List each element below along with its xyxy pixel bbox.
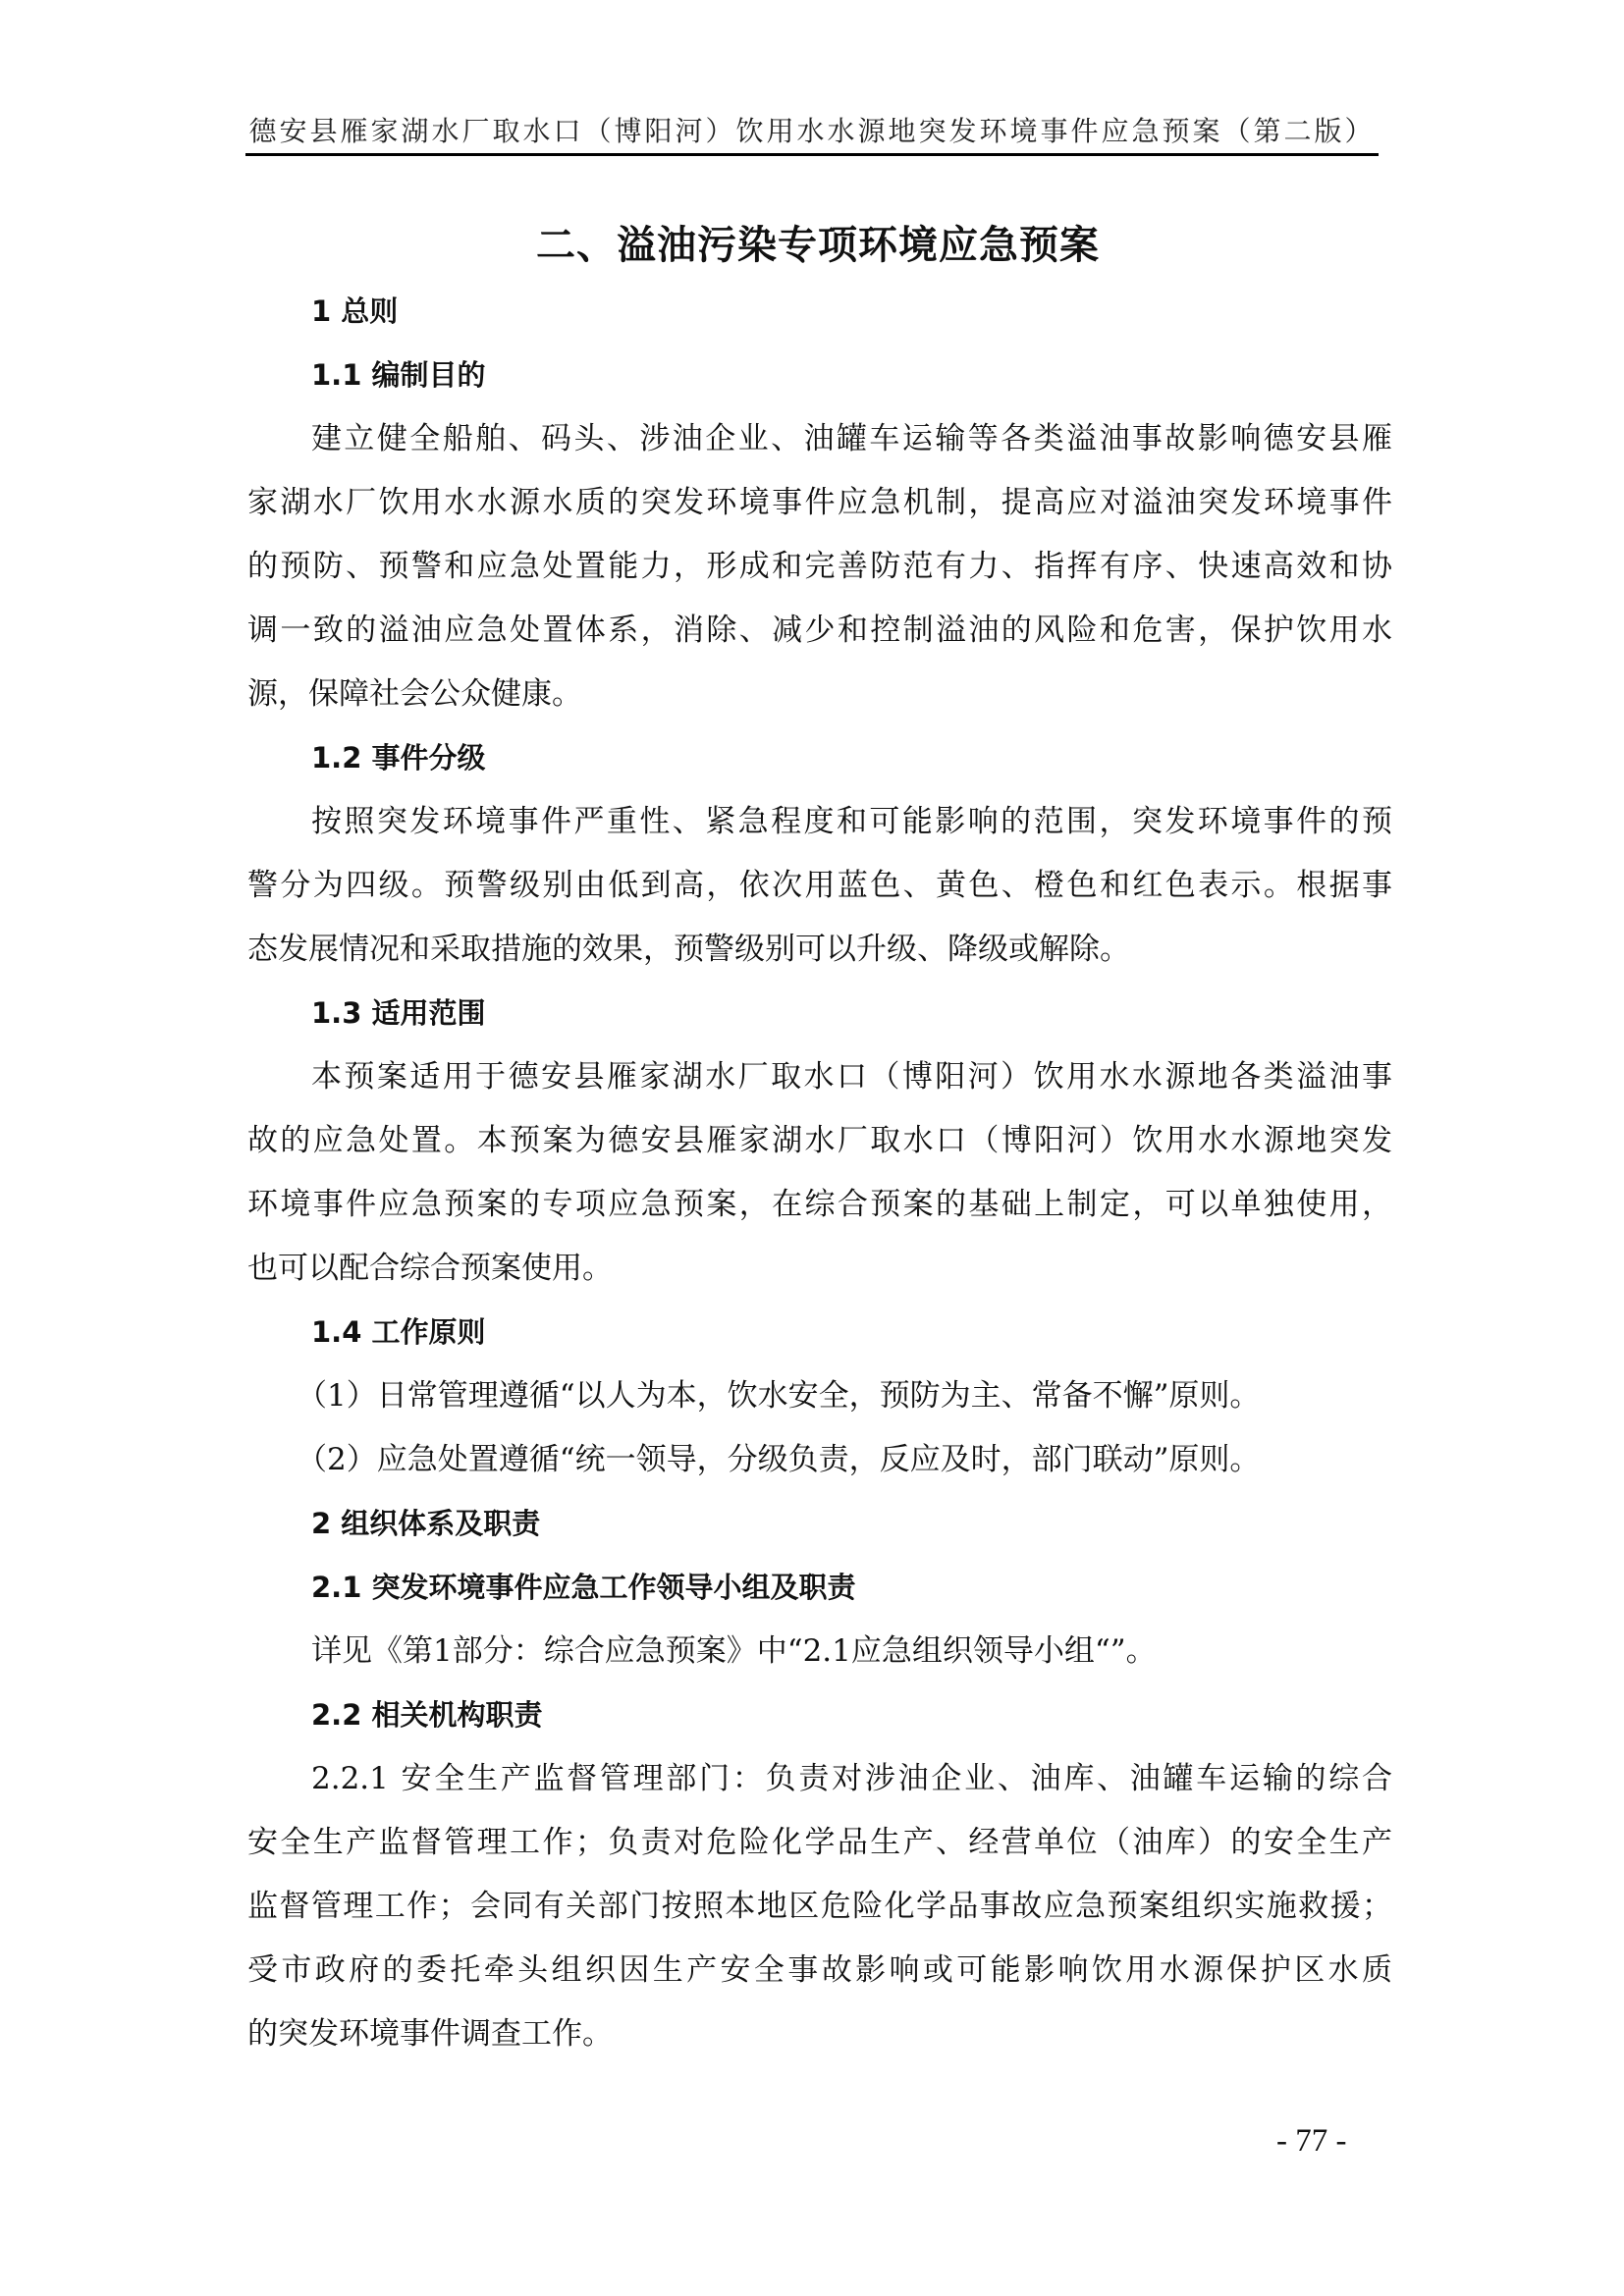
heading-1-3: 1.3 适用范围 <box>247 982 1392 1045</box>
text-line: 也可以配合综合预案使用。 <box>247 1237 1392 1301</box>
principle-item: （1）日常管理遵循“以人为本，饮水安全，预防为主、常备不懈”原则。 <box>247 1364 1392 1428</box>
heading-1-2: 1.2 事件分级 <box>247 726 1392 790</box>
text-line: 建立健全船舶、码头、涉油企业、油罐车运输等各类溢油事故影响德安县雁 <box>247 407 1392 471</box>
text-line: 故的应急处置。本预案为德安县雁家湖水厂取水口（博阳河）饮用水水源地突发 <box>247 1109 1392 1173</box>
text-line: 家湖水厂饮用水水源水质的突发环境事件应急机制，提高应对溢油突发环境事件 <box>247 471 1392 535</box>
text-line: 安全生产监督管理工作；负责对危险化学品生产、经营单位（油库）的安全生产 <box>247 1811 1392 1875</box>
text-line: 源，保障社会公众健康。 <box>247 663 1392 726</box>
paragraph-safety-dept: 2.2.1 安全生产监督管理部门：负责对涉油企业、油库、油罐车运输的综合 安全生… <box>247 1747 1392 2066</box>
heading-2-1: 2.1 突发环境事件应急工作领导小组及职责 <box>247 1556 1392 1620</box>
text-line: 警分为四级。预警级别由低到高，依次用蓝色、黄色、橙色和红色表示。根据事 <box>247 854 1392 918</box>
header-divider <box>245 153 1379 156</box>
text-line: 2.2.1 安全生产监督管理部门：负责对涉油企业、油库、油罐车运输的综合 <box>247 1747 1392 1811</box>
heading-2-2: 2.2 相关机构职责 <box>247 1683 1392 1747</box>
text-line: 环境事件应急预案的专项应急预案，在综合预案的基础上制定，可以单独使用， <box>247 1173 1392 1237</box>
paragraph-leadership-ref: 详见《第1部分：综合应急预案》中“2.1应急组织领导小组“”。 <box>247 1620 1392 1683</box>
text-line: 态发展情况和采取措施的效果，预警级别可以升级、降级或解除。 <box>247 918 1392 982</box>
document-body: 1 总则 1.1 编制目的 建立健全船舶、码头、涉油企业、油罐车运输等各类溢油事… <box>247 280 1392 2066</box>
text-line: 的预防、预警和应急处置能力，形成和完善防范有力、指挥有序、快速高效和协 <box>247 535 1392 599</box>
text-line: 本预案适用于德安县雁家湖水厂取水口（博阳河）饮用水水源地各类溢油事 <box>247 1045 1392 1109</box>
heading-1: 1 总则 <box>247 280 1392 344</box>
heading-1-4: 1.4 工作原则 <box>247 1301 1392 1364</box>
document-title: 二、溢油污染专项环境应急预案 <box>245 214 1390 270</box>
heading-1-1: 1.1 编制目的 <box>247 344 1392 407</box>
paragraph-purpose: 建立健全船舶、码头、涉油企业、油罐车运输等各类溢油事故影响德安县雁 家湖水厂饮用… <box>247 407 1392 726</box>
paragraph-scope: 本预案适用于德安县雁家湖水厂取水口（博阳河）饮用水水源地各类溢油事 故的应急处置… <box>247 1045 1392 1301</box>
principle-item: （2）应急处置遵循“统一领导，分级负责，反应及时，部门联动”原则。 <box>247 1428 1392 1492</box>
text-line: 调一致的溢油应急处置体系，消除、减少和控制溢油的风险和危害，保护饮用水 <box>247 599 1392 663</box>
text-line: 的突发环境事件调查工作。 <box>247 2002 1392 2066</box>
running-header: 德安县雁家湖水厂取水口（博阳河）饮用水水源地突发环境事件应急预案（第二版） <box>245 110 1379 149</box>
page-number: - 77 - <box>1276 2123 1346 2160</box>
text-line: 按照突发环境事件严重性、紧急程度和可能影响的范围，突发环境事件的预 <box>247 790 1392 854</box>
paragraph-classification: 按照突发环境事件严重性、紧急程度和可能影响的范围，突发环境事件的预 警分为四级。… <box>247 790 1392 982</box>
text-line: 监督管理工作；会同有关部门按照本地区危险化学品事故应急预案组织实施救援； <box>247 1875 1392 1939</box>
heading-2: 2 组织体系及职责 <box>247 1492 1392 1556</box>
text-line: 受市政府的委托牵头组织因生产安全事故影响或可能影响饮用水源保护区水质 <box>247 1939 1392 2002</box>
